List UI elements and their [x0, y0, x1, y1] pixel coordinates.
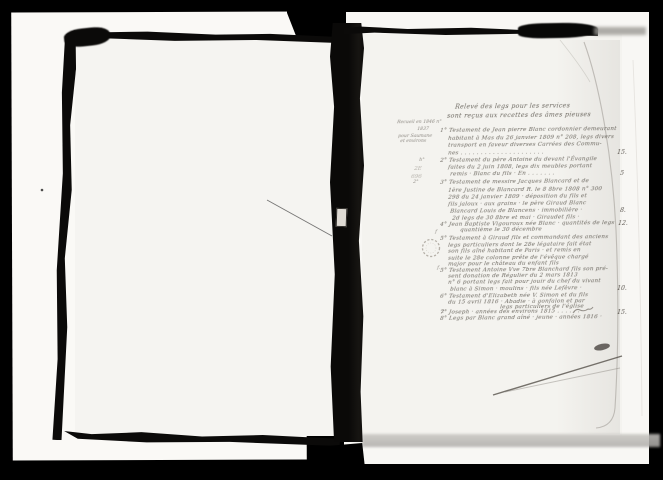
- amount-figure: 8.: [620, 208, 627, 214]
- amount-figure: 12.: [618, 221, 629, 227]
- handwritten-line: quantième le 30 décembre: [460, 228, 542, 234]
- handwritten-line: Recueil en 1846 n°: [397, 121, 442, 126]
- amount-figure: 15.: [617, 150, 628, 156]
- handwritten-line: 3° Testament de messire Jacques Blancard…: [440, 179, 590, 186]
- amount-figure: 15.: [617, 310, 628, 316]
- amount-figure: 5: [620, 171, 625, 177]
- handwritten-line: 2E: [414, 167, 422, 173]
- handwriting-layer: Relevé des legs pour les servicessont re…: [0, 0, 663, 480]
- handwritten-line: 2°: [413, 181, 419, 186]
- handwritten-line: f: [435, 231, 437, 236]
- handwritten-line: et environs: [400, 140, 427, 145]
- handwritten-line: transport en faveur diverses Carrées des…: [448, 142, 602, 149]
- handwritten-line: h°: [419, 159, 425, 164]
- handwritten-line: 1837: [417, 128, 429, 133]
- amount-figure: 10.: [617, 286, 628, 292]
- handwritten-line: Relevé des legs pour les services: [455, 103, 571, 110]
- scanned-register-image: Relevé des legs pour les servicessont re…: [0, 0, 663, 480]
- handwritten-line: remis · Blanc du fils · En . . . . . . .: [450, 171, 555, 178]
- handwritten-line: sont reçus aux recettes des âmes pieuses: [447, 112, 592, 120]
- handwritten-line: 8° Legs par Blanc grand aîné · jeune · a…: [440, 315, 603, 322]
